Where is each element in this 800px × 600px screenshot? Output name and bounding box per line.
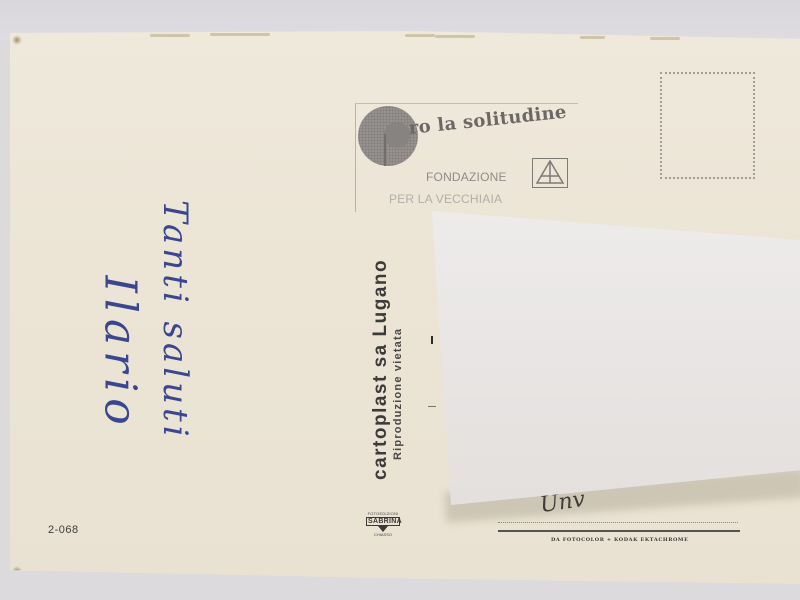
promo-foundation-line1: FONDAZIONE	[426, 170, 507, 184]
blank-white-card	[432, 205, 800, 505]
handwritten-signature: Ilario	[95, 276, 146, 436]
publisher-logo-top: FOTOEDIZIONI	[366, 511, 400, 516]
print-mark	[431, 336, 433, 344]
edge-stain	[210, 33, 270, 36]
edge-stain	[150, 34, 190, 37]
corner-stain	[12, 35, 22, 45]
reproduction-notice: Riproduzione vietata	[392, 220, 404, 460]
edge-stain	[580, 36, 605, 39]
promo-cancellation-stamp: ro la solitudine FONDAZIONE PER LA VECCH…	[355, 103, 578, 212]
promo-slogan: ro la solitudine	[408, 102, 568, 139]
publisher-logo-bottom: CHIASSO	[366, 532, 400, 537]
triangle-emblem-icon	[532, 158, 568, 188]
print-mark	[428, 406, 436, 407]
edge-stain	[405, 34, 435, 37]
publisher-logo-name: SABRINA	[366, 517, 400, 526]
dotted-stamp-placeholder-icon	[660, 72, 755, 179]
edge-stain	[435, 35, 475, 38]
photo-credit: DA FOTOCOLOR + KODAK EKTACHROME	[551, 537, 688, 543]
printer-name: cartoplast sa Lugano	[370, 220, 392, 480]
printer-imprint: cartoplast sa Lugano Riproduzione vietat…	[370, 220, 410, 480]
promo-foundation-line2: PER LA VECCHIAIA	[389, 192, 502, 206]
handwritten-greeting: Tanti saluti	[155, 200, 195, 440]
edge-stain	[650, 37, 680, 40]
address-solid-line	[498, 530, 740, 532]
address-dotted-line	[498, 522, 738, 523]
card-code: 2-068	[48, 524, 79, 536]
publisher-logo: FOTOEDIZIONI SABRINA CHIASSO	[366, 511, 400, 551]
